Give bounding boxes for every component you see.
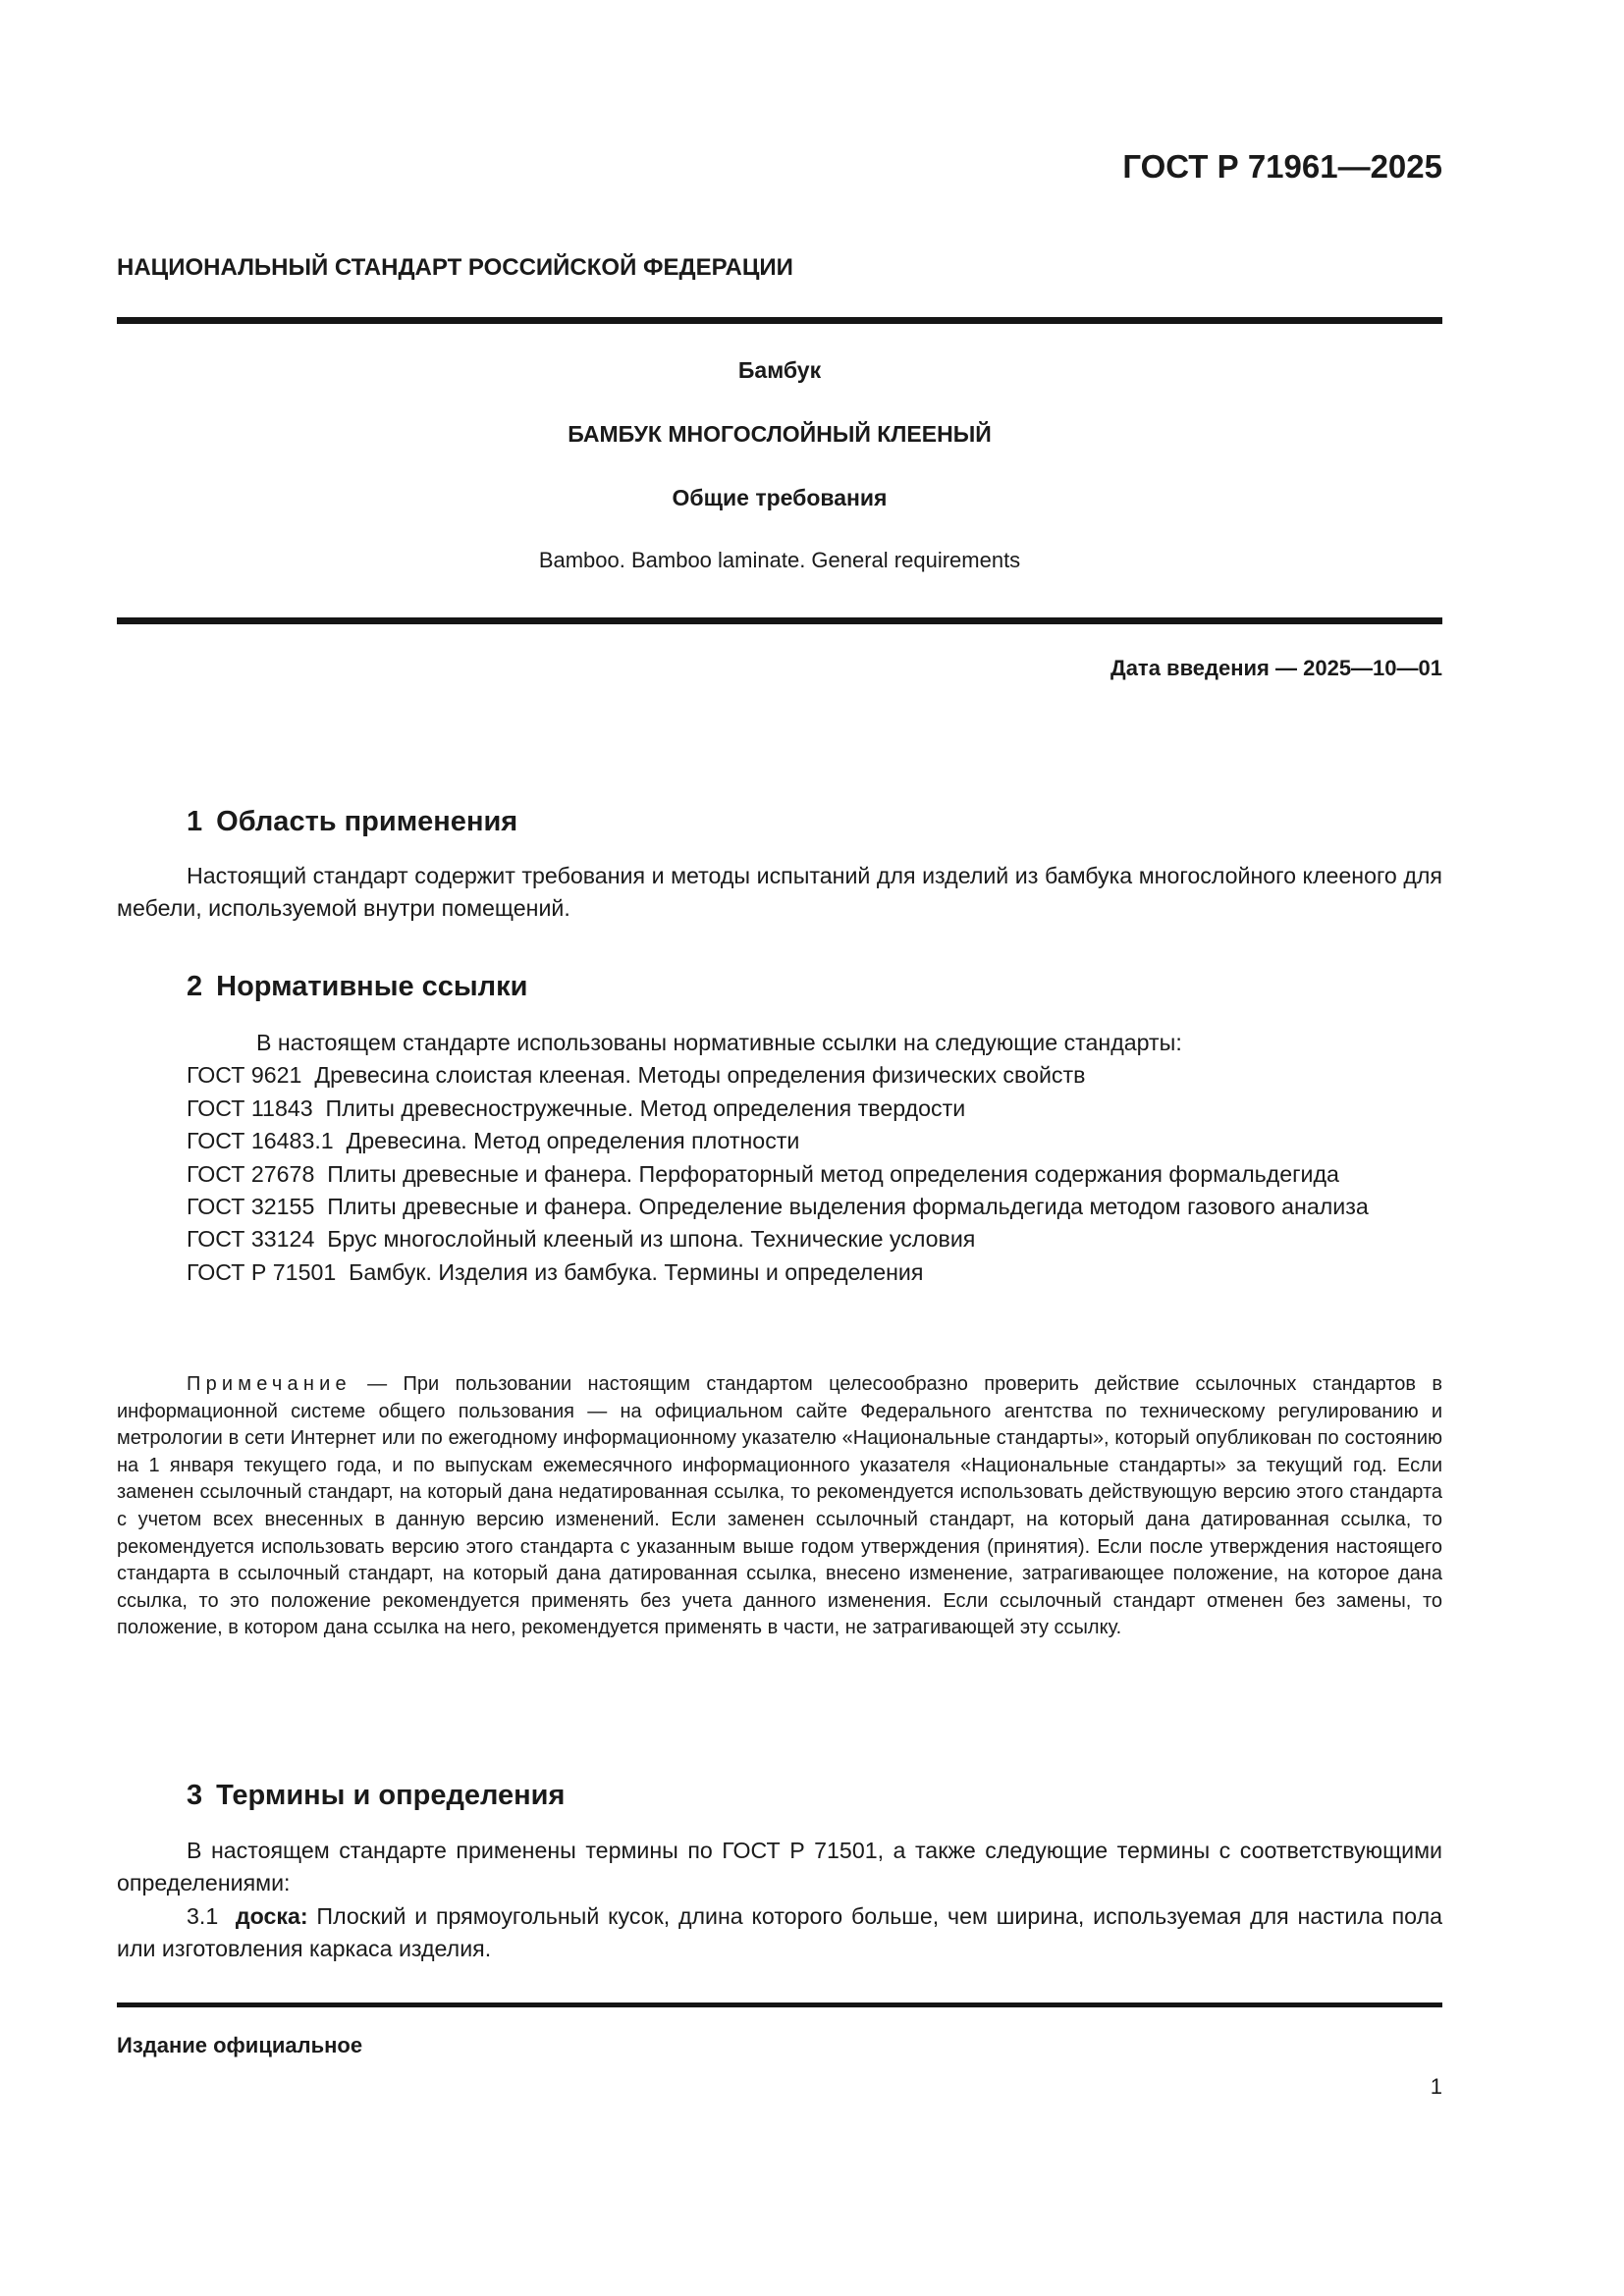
reference-title: Брус многослойный клееный из шпона. Техн… [327, 1226, 975, 1252]
national-standard-banner: НАЦИОНАЛЬНЫЙ СТАНДАРТ РОССИЙСКОЙ ФЕДЕРАЦ… [117, 251, 1442, 285]
reference-code: ГОСТ 27678 [187, 1161, 314, 1187]
reference-title: Древесина слоистая клееная. Методы опред… [314, 1062, 1085, 1088]
title-group: Бамбук [117, 355, 1442, 385]
reference-code: ГОСТ 16483.1 [187, 1128, 334, 1153]
term-definition: Плоский и прямоугольный кусок, длина кот… [117, 1903, 1442, 1961]
footer-divider [117, 2002, 1442, 2007]
references-lead: В настоящем стандарте использованы норма… [117, 1027, 1442, 1059]
note-label: Примечание [187, 1373, 352, 1395]
document-code: ГОСТ Р 71961—2025 [117, 145, 1442, 188]
reference-item: ГОСТ 27678 Плиты древесные и фанера. Пер… [117, 1158, 1442, 1191]
section-number: 1 [187, 806, 202, 837]
references-note: Примечание — При пользовании настоящим с… [117, 1371, 1442, 1642]
title-english: Bamboo. Bamboo laminate. General require… [117, 546, 1442, 575]
term-name: доска: [236, 1903, 308, 1929]
section-number: 3 [187, 1780, 202, 1811]
reference-code: ГОСТ Р 71501 [187, 1259, 336, 1285]
reference-code: ГОСТ 9621 [187, 1062, 301, 1088]
title-main: БАМБУК МНОГОСЛОЙНЫЙ КЛЕЕНЫЙ [117, 419, 1442, 449]
reference-item: ГОСТ 11843 Плиты древесностружечные. Мет… [117, 1093, 1442, 1125]
reference-title: Плиты древесные и фанера. Определение вы… [327, 1194, 1369, 1219]
term-entry: 3.1 доска: Плоский и прямоугольный кусок… [117, 1900, 1442, 1966]
section-number: 2 [187, 971, 202, 1002]
reference-code: ГОСТ 32155 [187, 1194, 314, 1219]
page-number: 1 [117, 2072, 1442, 2102]
reference-code: ГОСТ 33124 [187, 1226, 314, 1252]
reference-item: ГОСТ Р 71501 Бамбук. Изделия из бамбука.… [117, 1256, 1442, 1289]
reference-title: Бамбук. Изделия из бамбука. Термины и оп… [349, 1259, 923, 1285]
terms-lead: В настоящем стандарте применены термины … [117, 1835, 1442, 1900]
section-3-body: В настоящем стандарте применены термины … [117, 1835, 1442, 1966]
title-subtitle: Общие требования [117, 483, 1442, 512]
section-3-heading: 3Термины и определения [187, 1777, 565, 1814]
section-title: Область применения [216, 806, 517, 837]
reference-code: ГОСТ 11843 [187, 1095, 313, 1121]
section-2-heading: 2Нормативные ссылки [187, 968, 527, 1005]
reference-item: ГОСТ 32155 Плиты древесные и фанера. Опр… [117, 1191, 1442, 1223]
reference-item: ГОСТ 33124 Брус многослойный клееный из … [117, 1223, 1442, 1255]
reference-title: Древесина. Метод определения плотности [347, 1128, 800, 1153]
reference-title: Плиты древесностружечные. Метод определе… [326, 1095, 966, 1121]
references-list: ГОСТ 9621 Древесина слоистая клееная. Ме… [117, 1059, 1442, 1289]
title-divider [117, 617, 1442, 624]
section-1-heading: 1Область применения [187, 803, 517, 840]
term-number: 3.1 [187, 1903, 218, 1929]
paragraph: Настоящий стандарт содержит требования и… [117, 860, 1442, 926]
official-edition-label: Издание официальное [117, 2031, 1442, 2060]
section-1-body: Настоящий стандарт содержит требования и… [117, 860, 1442, 926]
reference-item: ГОСТ 16483.1 Древесина. Метод определени… [117, 1125, 1442, 1157]
section-title: Термины и определения [216, 1780, 565, 1811]
introduction-date: Дата введения — 2025—10—01 [117, 654, 1442, 683]
section-title: Нормативные ссылки [216, 971, 527, 1002]
note-text: — При пользовании настоящим стандартом ц… [117, 1373, 1442, 1638]
section-2-body: В настоящем стандарте использованы норма… [117, 1027, 1442, 1289]
top-divider [117, 317, 1442, 324]
reference-title: Плиты древесные и фанера. Перфораторный … [327, 1161, 1339, 1187]
reference-item: ГОСТ 9621 Древесина слоистая клееная. Ме… [117, 1059, 1442, 1092]
